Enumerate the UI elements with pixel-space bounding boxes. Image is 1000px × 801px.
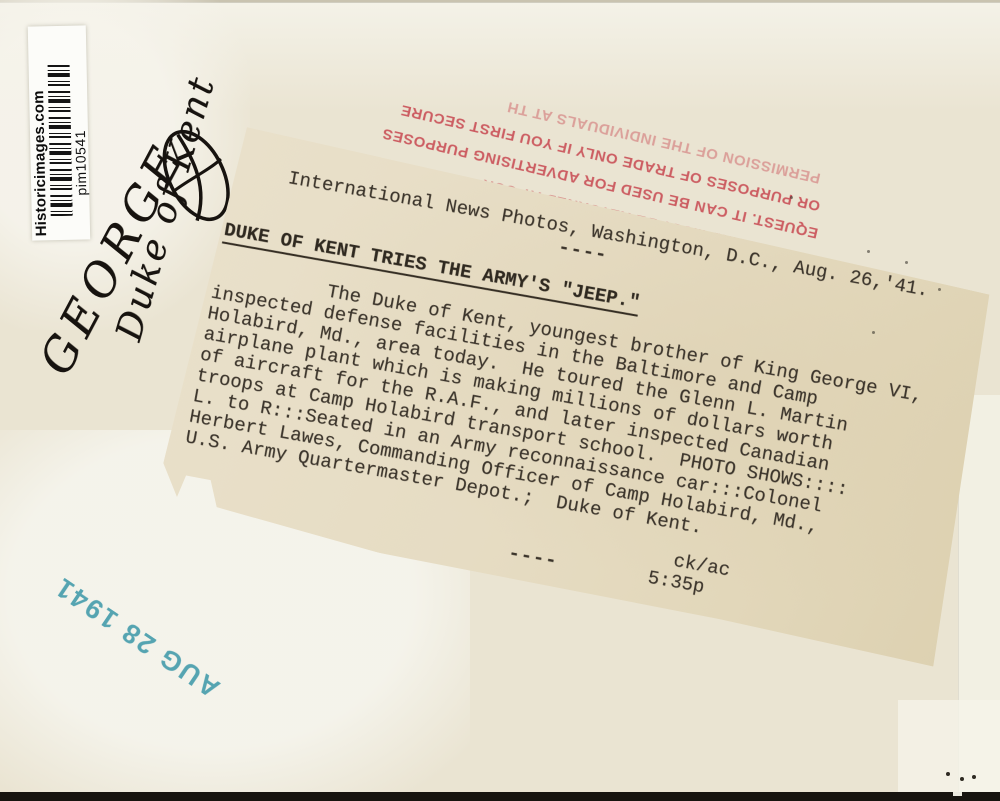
photo-back-bottom-right-patch (898, 700, 1000, 792)
scan-bottom-edge-bar (0, 792, 1000, 801)
ink-speck (905, 261, 908, 264)
barcode-sticker-content: Historicimages.com pim10541 (28, 25, 90, 240)
archive-barcode-sticker: Historicimages.com pim10541 (28, 25, 90, 240)
barcode-icon (48, 64, 73, 216)
ink-speck (938, 288, 941, 291)
stamp-line: OR PURPOSES OF TRADE ONLY IF YOU FIRST S… (351, 85, 827, 220)
ink-speck (790, 196, 793, 199)
caption-title-row: DUKE OF KENT TRIES THE ARMY'S "JEEP." (222, 220, 1000, 381)
circled-monogram-flourish (145, 109, 243, 241)
ink-speck (867, 250, 870, 253)
caption-body-line: troops at Camp Holabird transport school… (195, 365, 998, 527)
caption-divider-bottom: ---- (507, 543, 560, 572)
ink-speck (972, 775, 976, 779)
caption-header: International News Photos, Washington, D… (213, 155, 1000, 320)
typed-caption-slip: International News Photos, Washington, D… (153, 122, 1000, 687)
caption-title: DUKE OF KENT TRIES THE ARMY'S "JEEP." (222, 219, 642, 317)
caption-divider-top: ---- (210, 176, 1000, 341)
archive-site-name: Historicimages.com (30, 90, 50, 236)
scan-top-edge (0, 0, 1000, 3)
caption-time: 5:35p (646, 568, 706, 599)
handwritten-name: GEORGE (28, 133, 195, 384)
caption-body-line: The Duke of Kent, youngest brother of Ki… (213, 262, 1000, 424)
agency-usage-stamp: ONSENT AND MUST BE RETURNED AT OUR EQUES… (339, 59, 833, 273)
ink-speck (872, 331, 875, 334)
ink-speck (960, 777, 964, 781)
ink-speck (946, 772, 950, 776)
caption-body: The Duke of Kent, youngest brother of Ki… (184, 262, 1000, 589)
photo-back-paper-top (0, 2, 1000, 112)
caption-body-line: airplane plant which is making millions … (202, 324, 1000, 486)
photo-back-right-strip (958, 395, 1000, 792)
caption-body-line: of aircraft for the R.A.F., and later in… (198, 344, 1000, 506)
stamp-line: PERMISSION OF THE INDIVIDUALS AT TH (357, 59, 833, 194)
stamp-line: EQUEST. IT CAN BE USED FOR ADVERTISING P… (345, 112, 821, 247)
photo-back-paper-bottom-left (0, 430, 470, 792)
photo-back-paper-left (0, 0, 250, 330)
caption-body-line: U.S. Army Quartermaster Depot.; Duke of … (184, 427, 987, 589)
caption-body-line: L. to R:::Seated in an Army reconnaissan… (191, 386, 994, 548)
scan-edge-notch (953, 792, 962, 796)
caption-text-block: International News Photos, Washington, D… (156, 132, 1000, 646)
archive-item-id: pim10541 (72, 130, 89, 196)
received-date-stamp: AUG 28 1941 (48, 570, 225, 703)
caption-credit: ck/ac (672, 551, 981, 626)
caption-footer-row: ---- 5:35p (156, 481, 977, 646)
handwritten-title: Duke of Kent (109, 71, 224, 346)
caption-body-line: Herbert Lawes, Commanding Officer of Cam… (187, 407, 990, 569)
caption-body-line: inspected defense facilities in the Balt… (209, 282, 1000, 444)
stamp-line: ONSENT AND MUST BE RETURNED AT OUR (339, 138, 815, 273)
caption-body-line: Holabird, Md., area today. He toured the… (206, 303, 1000, 465)
